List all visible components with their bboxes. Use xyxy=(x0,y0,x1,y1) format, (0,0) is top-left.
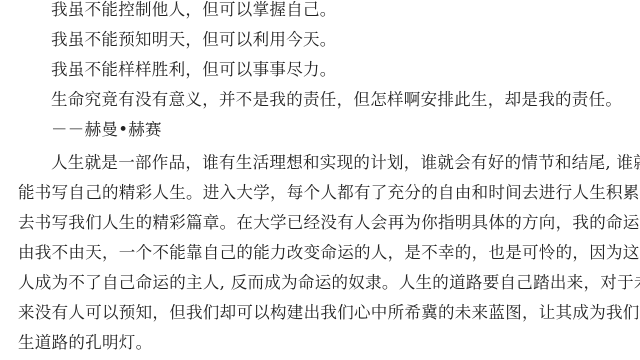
quote-line-1: 我虽不能控制他人，但可以掌握自己。 xyxy=(51,0,337,20)
paragraph-line-7: 生道路的孔明灯。 xyxy=(18,333,152,353)
quote-attribution: －－赫曼•赫赛 xyxy=(51,120,162,140)
paragraph-line-4: 由我不由天，一个不能靠自己的能力改变命运的人，是不幸的，也是可怜的，因为这些 xyxy=(18,243,640,263)
quote-line-3: 我虽不能样样胜利，但可以事事尽力。 xyxy=(51,60,337,80)
paragraph-line-5: 人成为不了自己命运的主人, 反而成为命运的奴隶。人生的道路要自己踏出来，对于未 xyxy=(18,273,640,293)
paragraph-line-2: 能书写自己的精彩人生。进入大学，每个人都有了充分的自由和时间去进行人生积累， xyxy=(18,183,640,203)
paragraph-line-1: 人生就是一部作品，谁有生活理想和实现的计划，谁就会有好的情节和结尾, 谁就 xyxy=(51,153,640,173)
paragraph-line-3: 去书写我们人生的精彩篇章。在大学已经没有人会再为你指明具体的方向，我的命运应 xyxy=(18,213,640,233)
quote-line-4: 生命究竟有没有意义，并不是我的责任，但怎样啊安排此生，却是我的责任。 xyxy=(51,90,622,110)
paragraph-line-6: 来没有人可以预知，但我们却可以构建出我们心中所希冀的未来蓝图，让其成为我们人 xyxy=(18,303,640,323)
document-page: 我虽不能控制他人，但可以掌握自己。 我虽不能预知明天，但可以利用今天。 我虽不能… xyxy=(0,0,640,360)
quote-line-2: 我虽不能预知明天，但可以利用今天。 xyxy=(51,30,337,50)
